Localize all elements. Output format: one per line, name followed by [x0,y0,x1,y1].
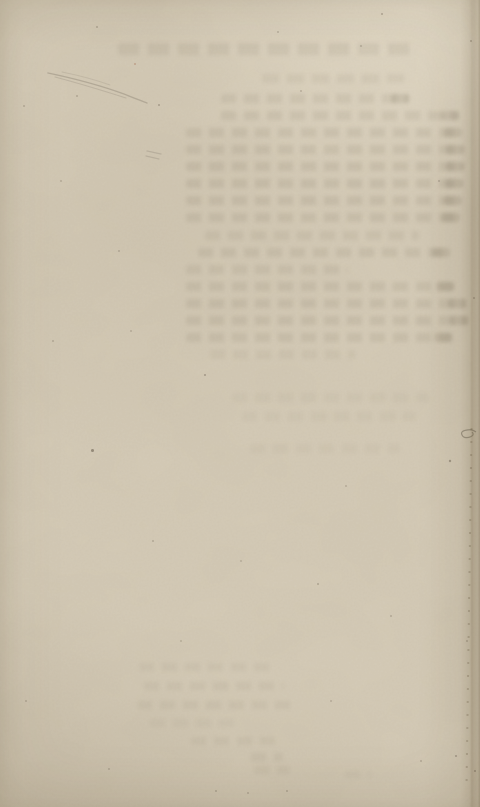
book-page-scan [0,0,480,807]
page-edge-shadow [460,0,480,807]
paper-grain-texture [0,0,480,807]
page-edge-crease [471,0,473,807]
